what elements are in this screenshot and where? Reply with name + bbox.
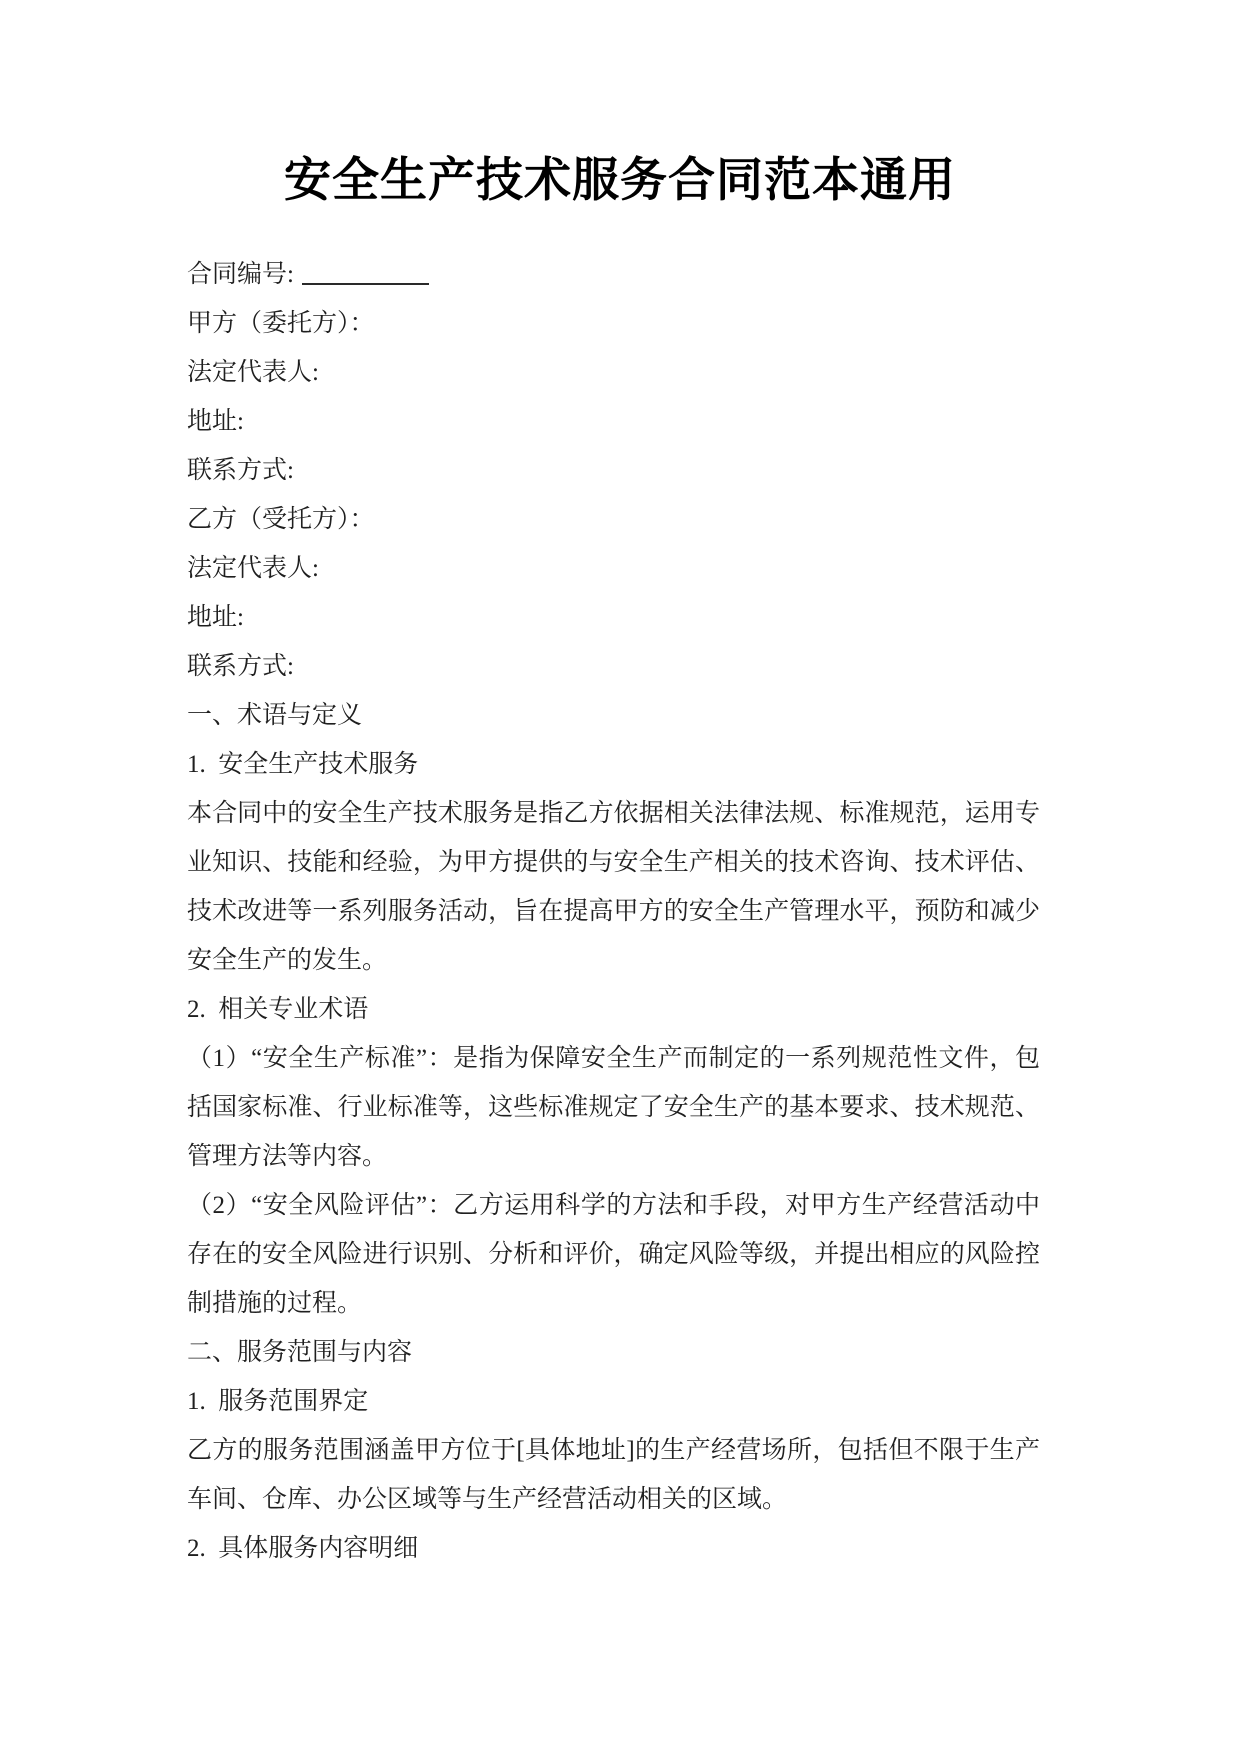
contract-number-blank-line — [302, 257, 429, 285]
field-party-b-legal-representative: 法定代表人: — [187, 544, 1040, 593]
paragraph-line: 技术改进等一系列服务活动，旨在提高甲方的安全生产管理水平，预防和减少 — [187, 887, 1040, 936]
field-party-a-legal-representative: 法定代表人: — [187, 348, 1040, 397]
field-party-a-address: 地址: — [187, 397, 1040, 446]
paragraph-line: 制措施的过程。 — [187, 1279, 1040, 1328]
field-contract-number: 合同编号: — [187, 250, 1040, 299]
paragraph-line: 车间、仓库、办公区域等与生产经营活动相关的区域。 — [187, 1475, 1040, 1524]
item-heading-service-details: 2. 具体服务内容明细 — [187, 1524, 1040, 1573]
paragraph-line: 括国家标准、行业标准等，这些标准规定了安全生产的基本要求、技术规范、 — [187, 1083, 1040, 1132]
document-page: 安全生产技术服务合同范本通用 合同编号: 甲方（委托方）： 法定代表人: 地址:… — [0, 0, 1240, 1753]
field-contract-number-label: 合同编号: — [187, 261, 294, 288]
field-party-b: 乙方（受托方）： — [187, 495, 1040, 544]
field-party-a: 甲方（委托方）： — [187, 299, 1040, 348]
field-party-b-contact: 联系方式: — [187, 642, 1040, 691]
section-heading-terms-definitions: 一、术语与定义 — [187, 691, 1040, 740]
paragraph-line: 存在的安全风险进行识别、分析和评价，确定风险等级，并提出相应的风险控 — [187, 1230, 1040, 1279]
document-title: 安全生产技术服务合同范本通用 — [0, 152, 1240, 211]
paragraph-line: 安全生产的发生。 — [187, 936, 1040, 985]
paragraph-line: 业知识、技能和经验，为甲方提供的与安全生产相关的技术咨询、技术评估、 — [187, 838, 1040, 887]
item-heading-safety-service: 1. 安全生产技术服务 — [187, 740, 1040, 789]
item-heading-professional-terms: 2. 相关专业术语 — [187, 985, 1040, 1034]
paragraph-line: 乙方的服务范围涵盖甲方位于[具体地址]的生产经营场所，包括但不限于生产 — [187, 1426, 1040, 1475]
document-body: 合同编号: 甲方（委托方）： 法定代表人: 地址: 联系方式: 乙方（受托方）：… — [187, 250, 1040, 1573]
item-heading-scope-definition: 1. 服务范围界定 — [187, 1377, 1040, 1426]
section-heading-service-scope: 二、服务范围与内容 — [187, 1328, 1040, 1377]
field-party-b-address: 地址: — [187, 593, 1040, 642]
paragraph-line: 管理方法等内容。 — [187, 1132, 1040, 1181]
paragraph-line: （2）“安全风险评估”：乙方运用科学的方法和手段，对甲方生产经营活动中 — [187, 1181, 1040, 1230]
paragraph-line: （1）“安全生产标准”：是指为保障安全生产而制定的一系列规范性文件，包 — [187, 1034, 1040, 1083]
paragraph-line: 本合同中的安全生产技术服务是指乙方依据相关法律法规、标准规范，运用专 — [187, 789, 1040, 838]
field-party-a-contact: 联系方式: — [187, 446, 1040, 495]
